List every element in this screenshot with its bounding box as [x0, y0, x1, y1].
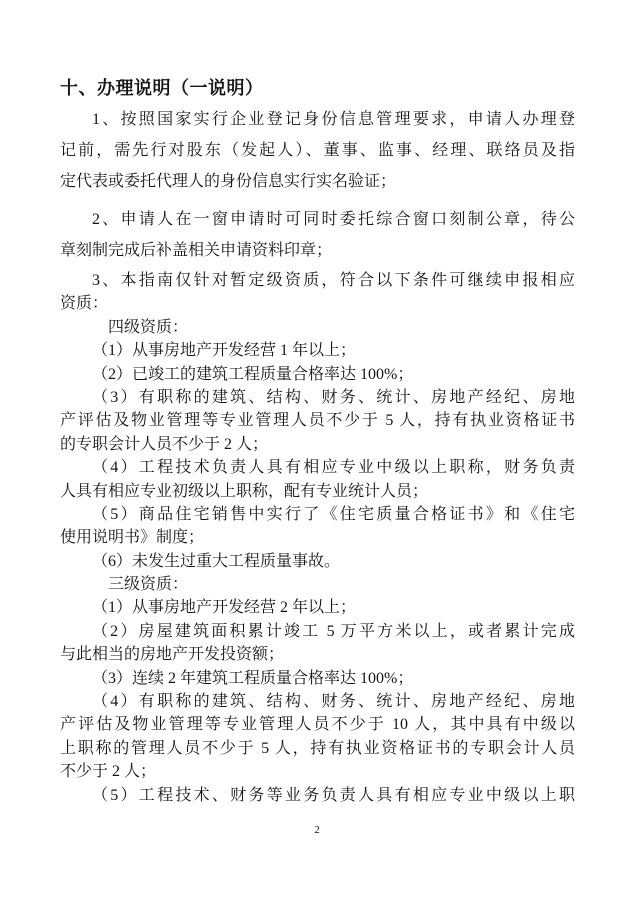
- text-line: 章刻制完成后补盖相关申请资料印章；: [60, 235, 575, 266]
- text-line: 3、本指南仅针对暂定级资质，符合以下条件可继续申报相应: [60, 269, 575, 292]
- paragraph: （2）房屋建筑面积累计竣工 5 万平方米以上，或者累计完成与此相当的房地产开发投…: [60, 620, 575, 667]
- paragraph: （1）从事房地产开发经营 2 年以上；: [60, 596, 575, 619]
- text-line: 2、申请人在一窗申请时可同时委托综合窗口刻制公章，待公: [60, 204, 575, 235]
- paragraph: 四级资质：: [60, 316, 575, 339]
- text-line: （5）商品住宅销售中实行了《住宅质量合格证书》和《住宅: [60, 503, 575, 526]
- document-body: 1、按照国家实行企业登记身份信息管理要求，申请人办理登记前，需先行对股东（发起人…: [60, 104, 575, 807]
- paragraph: （6）未发生过重大工程质量事故。: [60, 550, 575, 573]
- paragraph: （3）连续 2 年建筑工程质量合格率达 100%；: [60, 667, 575, 690]
- text-line: （2）房屋建筑面积累计竣工 5 万平方米以上，或者累计完成: [60, 620, 575, 643]
- text-line: 三级资质：: [60, 573, 575, 596]
- paragraph: （4）工程技术负责人具有相应专业中级以上职称，财务负责人具有相应专业初级以上职称…: [60, 456, 575, 503]
- text-line: （6）未发生过重大工程质量事故。: [60, 550, 575, 573]
- section-heading: 十、办理说明（一说明）: [60, 76, 575, 100]
- paragraph: （2）已竣工的建筑工程质量合格率达 100%；: [60, 363, 575, 386]
- text-line: 的专职会计人员不少于 2 人；: [60, 433, 575, 456]
- text-line: （1）从事房地产开发经营 2 年以上；: [60, 596, 575, 619]
- text-line: （1）从事房地产开发经营 1 年以上；: [60, 339, 575, 362]
- text-line: （3）连续 2 年建筑工程质量合格率达 100%；: [60, 667, 575, 690]
- text-line: 记前，需先行对股东（发起人）、董事、监事、经理、联络员及指: [60, 135, 575, 166]
- paragraph: （5）商品住宅销售中实行了《住宅质量合格证书》和《住宅使用说明书》制度；: [60, 503, 575, 550]
- text-line: 上职称的管理人员不少于 5 人，持有执业资格证书的专职会计人员: [60, 737, 575, 760]
- paragraph: 2、申请人在一窗申请时可同时委托综合窗口刻制公章，待公章刻制完成后补盖相关申请资…: [60, 204, 575, 266]
- document-page: 十、办理说明（一说明） 1、按照国家实行企业登记身份信息管理要求，申请人办理登记…: [0, 0, 634, 898]
- text-line: 产评估及物业管理等专业管理人员不少于 5 人，持有执业资格证书: [60, 409, 575, 432]
- text-line: 定代表或委托代理人的身份信息实行实名验证；: [60, 166, 575, 197]
- text-line: 不少于 2 人；: [60, 760, 575, 783]
- text-line: 使用说明书》制度；: [60, 526, 575, 549]
- text-line: （5）工程技术、财务等业务负责人具有相应专业中级以上职: [60, 784, 575, 807]
- text-line: （3）有职称的建筑、结构、财务、统计、房地产经纪、房地: [60, 386, 575, 409]
- page-number: 2: [0, 823, 634, 837]
- text-line: 产评估及物业管理等专业管理人员不少于 10 人，其中具有中级以: [60, 713, 575, 736]
- paragraph: （4）有职称的建筑、结构、财务、统计、房地产经纪、房地产评估及物业管理等专业管理…: [60, 690, 575, 784]
- paragraph: （1）从事房地产开发经营 1 年以上；: [60, 339, 575, 362]
- paragraph: 1、按照国家实行企业登记身份信息管理要求，申请人办理登记前，需先行对股东（发起人…: [60, 104, 575, 197]
- paragraph: 3、本指南仅针对暂定级资质，符合以下条件可继续申报相应资质：: [60, 269, 575, 316]
- text-line: （4）有职称的建筑、结构、财务、统计、房地产经纪、房地: [60, 690, 575, 713]
- paragraph: （3）有职称的建筑、结构、财务、统计、房地产经纪、房地产评估及物业管理等专业管理…: [60, 386, 575, 456]
- text-line: 资质：: [60, 292, 575, 315]
- paragraph: （5）工程技术、财务等业务负责人具有相应专业中级以上职: [60, 784, 575, 807]
- text-line: 四级资质：: [60, 316, 575, 339]
- text-line: （4）工程技术负责人具有相应专业中级以上职称，财务负责: [60, 456, 575, 479]
- text-line: （2）已竣工的建筑工程质量合格率达 100%；: [60, 363, 575, 386]
- text-line: 1、按照国家实行企业登记身份信息管理要求，申请人办理登: [60, 104, 575, 135]
- paragraph: 三级资质：: [60, 573, 575, 596]
- text-line: 人具有相应专业初级以上职称，配有专业统计人员；: [60, 480, 575, 503]
- text-line: 与此相当的房地产开发投资额；: [60, 643, 575, 666]
